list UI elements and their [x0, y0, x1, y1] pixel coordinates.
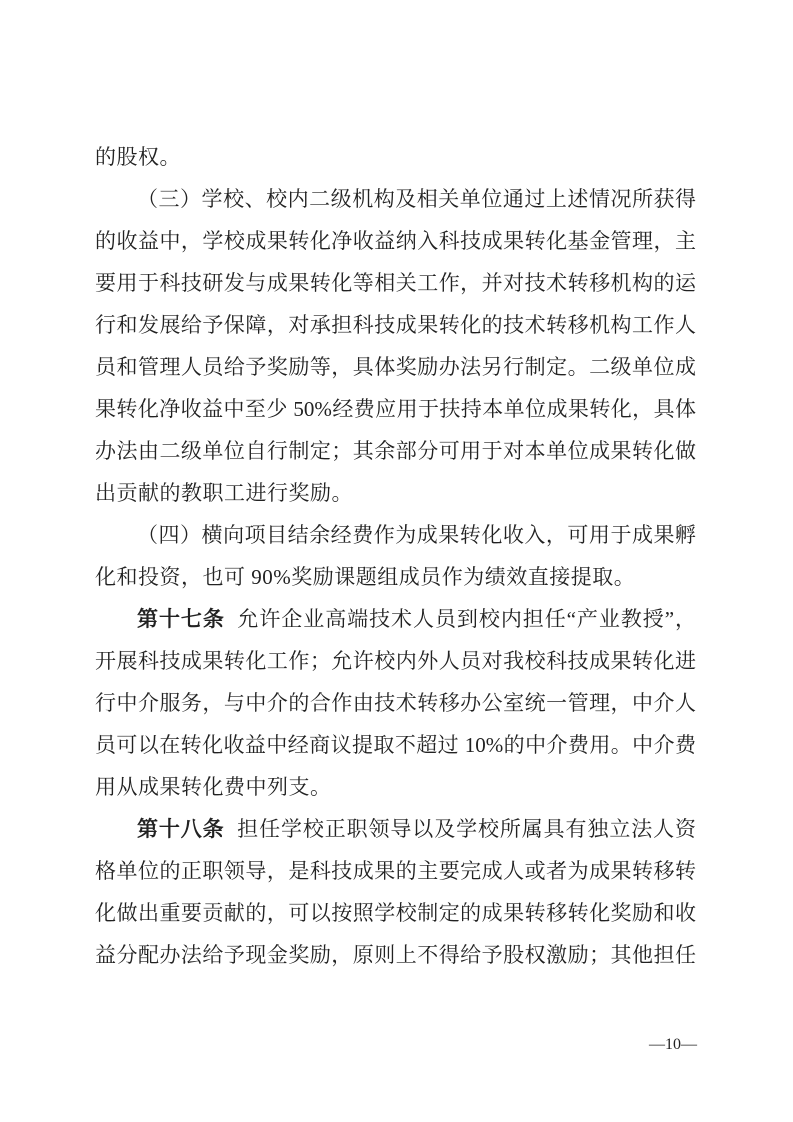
line-text: 的股权。: [95, 145, 181, 169]
line-text: 办法由二级单位自行制定；其余部分可用于对本单位成果转化做: [95, 439, 696, 463]
line-text: 担任学校正职领导以及学校所属具有独立法人资: [237, 817, 696, 841]
line-text: 出贡献的教职工进行奖励。: [95, 481, 353, 505]
text-line: 格单位的正职领导，是科技成果的主要完成人或者为成果转移转: [95, 850, 696, 892]
line-text: 行和发展给予保障，对承担科技成果转化的技术转移机构工作人: [95, 313, 696, 337]
text-line: 的股权。: [95, 136, 696, 178]
text-line: 用从成果转化费中列支。: [95, 766, 696, 808]
line-text: （三）学校、校内二级机构及相关单位通过上述情况所获得: [137, 187, 696, 211]
line-text: 果转化净收益中至少 50%经费应用于扶持本单位成果转化，具体: [95, 397, 696, 421]
line-text: 行中介服务，与中介的合作由技术转移办公室统一管理，中介人: [95, 691, 696, 715]
line-text: 员和管理人员给予奖励等，具体奖励办法另行制定。二级单位成: [95, 355, 696, 379]
text-line: 办法由二级单位自行制定；其余部分可用于对本单位成果转化做: [95, 430, 696, 472]
line-text: 益分配办法给予现金奖励，原则上不得给予股权激励；其他担任: [95, 943, 696, 967]
line-text: 员可以在转化收益中经商议提取不超过 10%的中介费用。中介费: [95, 733, 696, 757]
text-line: 的收益中，学校成果转化净收益纳入科技成果转化基金管理，主: [95, 220, 696, 262]
line-text: （四）横向项目结余经费作为成果转化收入，可用于成果孵: [137, 523, 696, 547]
text-line: 员可以在转化收益中经商议提取不超过 10%的中介费用。中介费: [95, 724, 696, 766]
text-line: 果转化净收益中至少 50%经费应用于扶持本单位成果转化，具体: [95, 388, 696, 430]
text-line: 开展科技成果转化工作；允许校内外人员对我校科技成果转化进: [95, 640, 696, 682]
page-number: —10—: [649, 1035, 697, 1055]
line-text: 化做出重要贡献的，可以按照学校制定的成果转移转化奖励和收: [95, 901, 696, 925]
text-line: 第十七条允许企业高端技术人员到校内担任“产业教授”，: [95, 598, 696, 640]
text-line: 员和管理人员给予奖励等，具体奖励办法另行制定。二级单位成: [95, 346, 696, 388]
line-text: 格单位的正职领导，是科技成果的主要完成人或者为成果转移转: [95, 859, 696, 883]
line-text: 开展科技成果转化工作；允许校内外人员对我校科技成果转化进: [95, 649, 696, 673]
line-text: 的收益中，学校成果转化净收益纳入科技成果转化基金管理，主: [95, 229, 696, 253]
document-body: 的股权。（三）学校、校内二级机构及相关单位通过上述情况所获得的收益中，学校成果转…: [95, 136, 696, 976]
line-text: 允许企业高端技术人员到校内担任“产业教授”，: [237, 607, 696, 631]
text-line: 要用于科技研发与成果转化等相关工作，并对技术转移机构的运: [95, 262, 696, 304]
text-line: 行中介服务，与中介的合作由技术转移办公室统一管理，中介人: [95, 682, 696, 724]
text-line: 化做出重要贡献的，可以按照学校制定的成果转移转化奖励和收: [95, 892, 696, 934]
article-number-label: 第十八条: [137, 817, 225, 841]
text-line: （四）横向项目结余经费作为成果转化收入，可用于成果孵: [95, 514, 696, 556]
line-text: 用从成果转化费中列支。: [95, 775, 332, 799]
text-line: 益分配办法给予现金奖励，原则上不得给予股权激励；其他担任: [95, 934, 696, 976]
article-number-label: 第十七条: [137, 607, 225, 631]
document-page: 的股权。（三）学校、校内二级机构及相关单位通过上述情况所获得的收益中，学校成果转…: [0, 0, 793, 1122]
text-line: 第十八条担任学校正职领导以及学校所属具有独立法人资: [95, 808, 696, 850]
text-line: 出贡献的教职工进行奖励。: [95, 472, 696, 514]
line-text: 化和投资，也可 90%奖励课题组成员作为绩效直接提取。: [95, 565, 635, 589]
line-text: 要用于科技研发与成果转化等相关工作，并对技术转移机构的运: [95, 271, 696, 295]
text-line: 行和发展给予保障，对承担科技成果转化的技术转移机构工作人: [95, 304, 696, 346]
text-line: （三）学校、校内二级机构及相关单位通过上述情况所获得: [95, 178, 696, 220]
text-line: 化和投资，也可 90%奖励课题组成员作为绩效直接提取。: [95, 556, 696, 598]
